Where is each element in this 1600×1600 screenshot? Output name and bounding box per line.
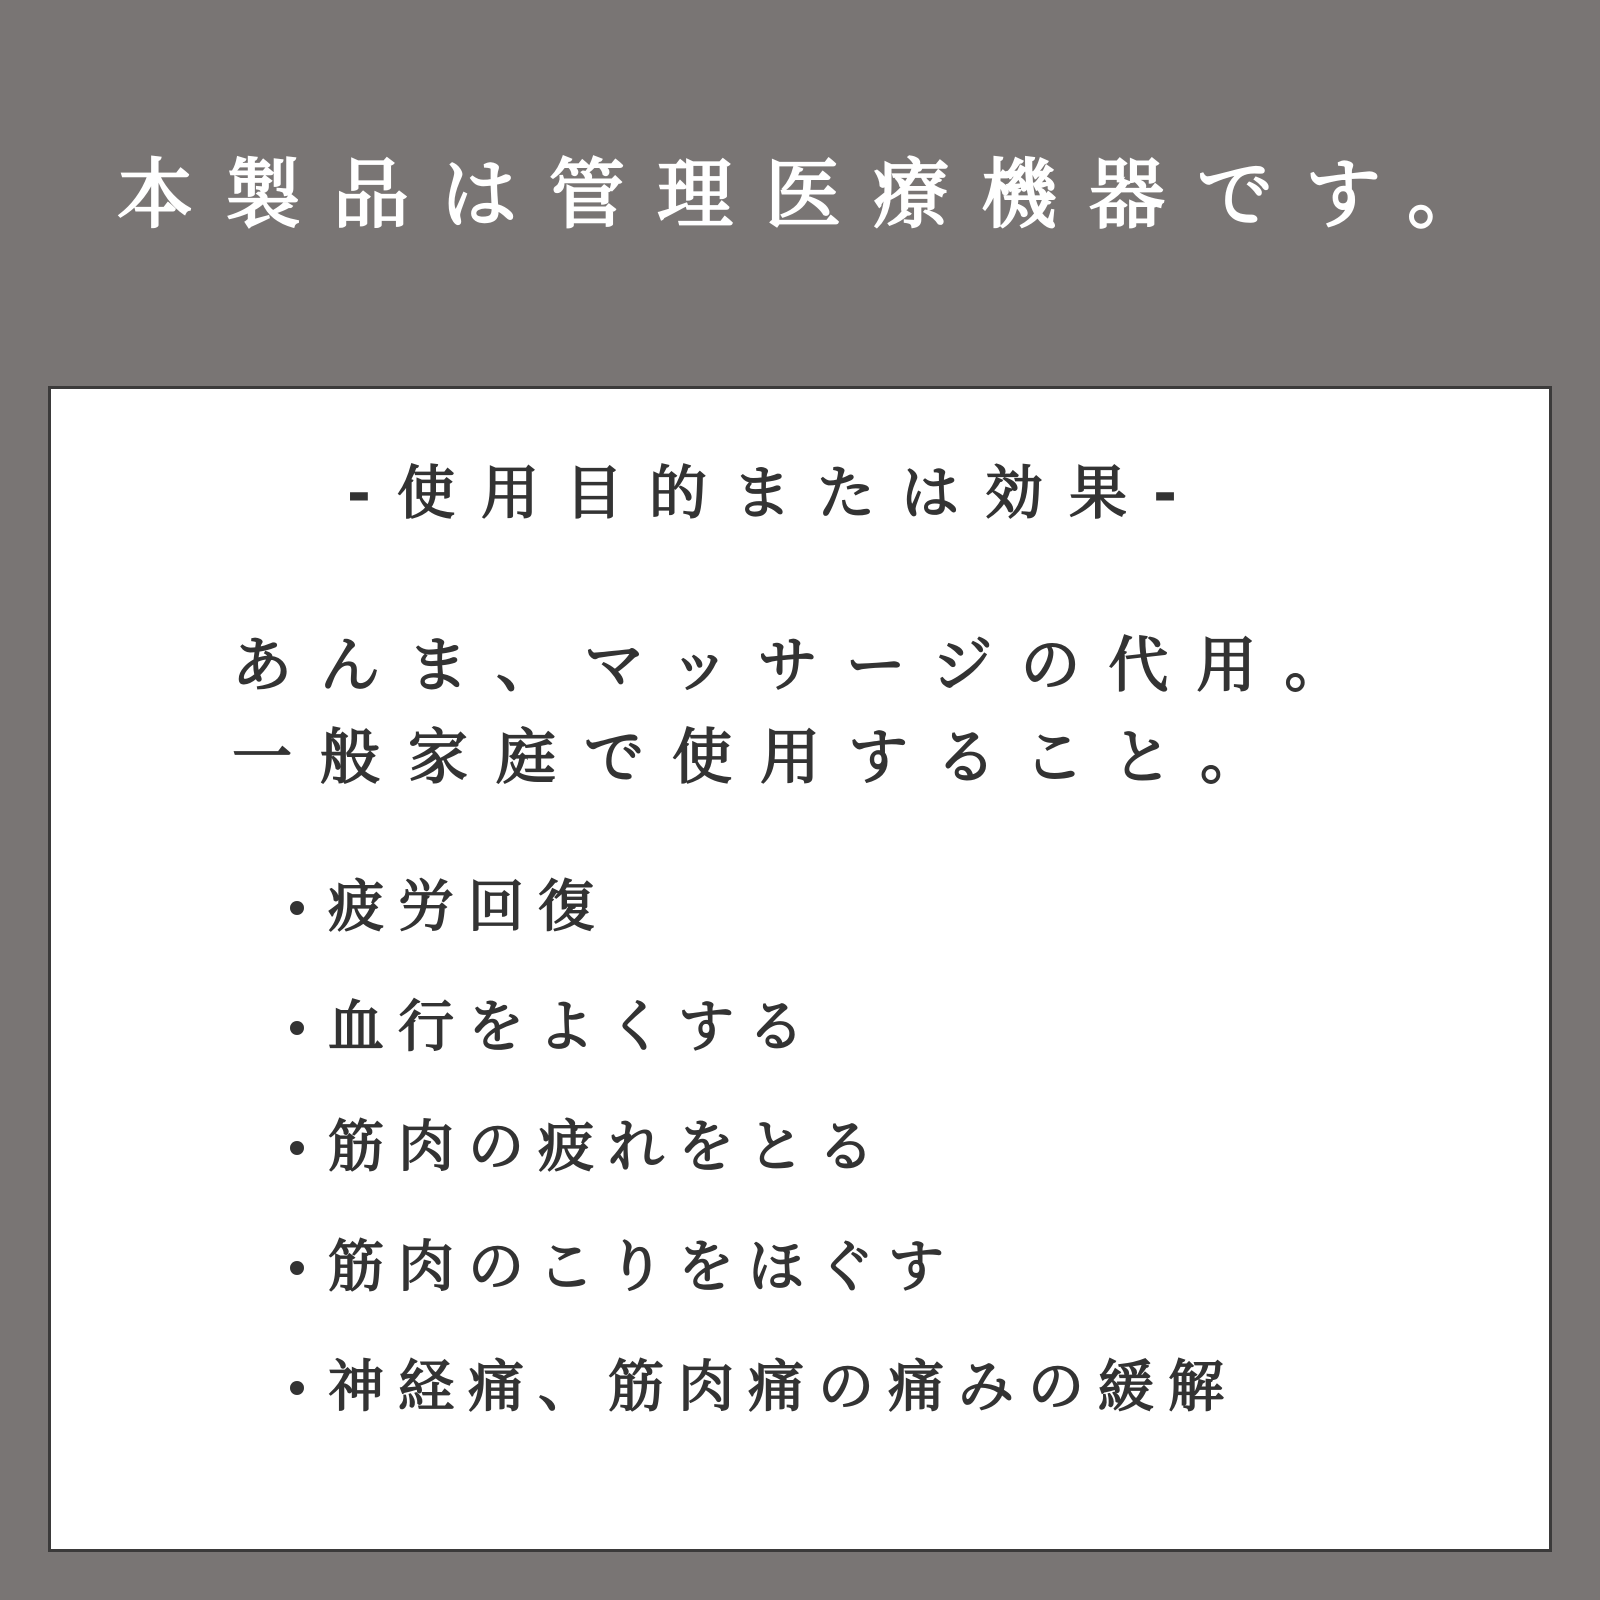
lead-line: あんま、マッサージの代用。 <box>232 620 1372 712</box>
list-item-text: 神経痛、筋肉痛の痛みの緩解 <box>328 1353 1238 1423</box>
effects-list: 疲労回復 血行をよくする 筋肉の疲れをとる 筋肉のこりをほぐす 神経痛、筋肉痛の… <box>290 848 1238 1448</box>
list-item: 血行をよくする <box>290 968 1238 1088</box>
bullet-dot-icon <box>290 1381 304 1395</box>
list-item-text: 疲労回復 <box>328 873 608 943</box>
list-item-text: 筋肉の疲れをとる <box>328 1113 888 1183</box>
headline: 本製品は管理医療機器です。 <box>0 140 1600 250</box>
bullet-dot-icon <box>290 1021 304 1035</box>
lead-text: あんま、マッサージの代用。 一般家庭で使用すること。 <box>232 620 1372 804</box>
bullet-dot-icon <box>290 901 304 915</box>
list-item-text: 筋肉のこりをほぐす <box>328 1233 958 1303</box>
section-title: -使用目的または効果- <box>0 448 1550 538</box>
bullet-dot-icon <box>290 1141 304 1155</box>
list-item: 筋肉のこりをほぐす <box>290 1208 1238 1328</box>
list-item: 筋肉の疲れをとる <box>290 1088 1238 1208</box>
lead-line: 一般家庭で使用すること。 <box>232 712 1372 804</box>
list-item: 疲労回復 <box>290 848 1238 968</box>
list-item: 神経痛、筋肉痛の痛みの緩解 <box>290 1328 1238 1448</box>
list-item-text: 血行をよくする <box>328 993 818 1063</box>
bullet-dot-icon <box>290 1261 304 1275</box>
